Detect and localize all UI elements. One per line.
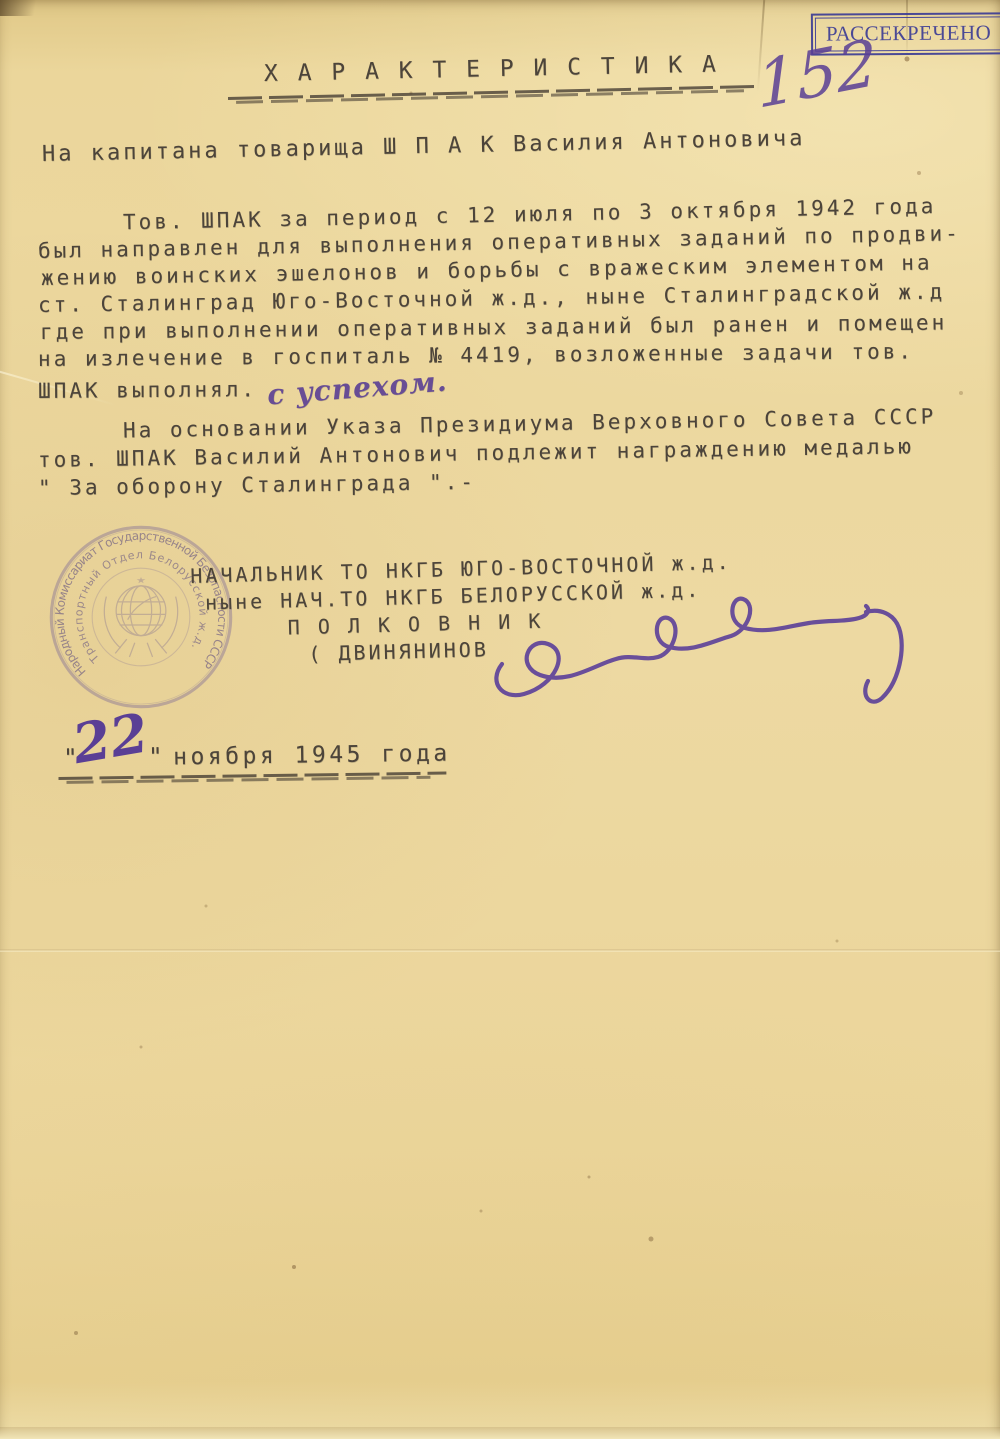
title-underline xyxy=(228,85,760,100)
addressee-line: На капитана товарища Ш П А К Василия Ант… xyxy=(42,126,806,167)
close-quote: " xyxy=(148,743,163,771)
handwritten-page-number: 152 xyxy=(755,26,879,124)
date-text: ноября 1945 года xyxy=(173,740,451,770)
page-bottom-edge xyxy=(0,1427,1000,1439)
handwritten-signature xyxy=(468,566,980,724)
paragraph-1: Тов. ШПАК за период с 12 июля по 3 октяб… xyxy=(38,212,990,401)
fold-line xyxy=(0,949,1000,952)
soviet-emblem-icon xyxy=(104,577,177,657)
handwritten-note: с успехом. xyxy=(266,365,449,412)
document-title: Х А Р А К Т Е Р И С Т И К А xyxy=(264,51,719,87)
paper-speckles xyxy=(0,0,2,2)
typed-line-text: ШПАК выполнял. xyxy=(38,377,257,403)
corner-shadow xyxy=(0,0,46,16)
date-line: " 22 " ноября 1945 года xyxy=(54,707,485,788)
date-underline xyxy=(58,772,446,780)
handwritten-day: 22 xyxy=(68,700,153,776)
scanned-document-page: РАССЕКРЕЧЕНО Х А Р А К Т Е Р И С Т И К А… xyxy=(0,0,1000,1439)
paragraph-2: На основании Указа Президиума Верховного… xyxy=(38,420,990,504)
